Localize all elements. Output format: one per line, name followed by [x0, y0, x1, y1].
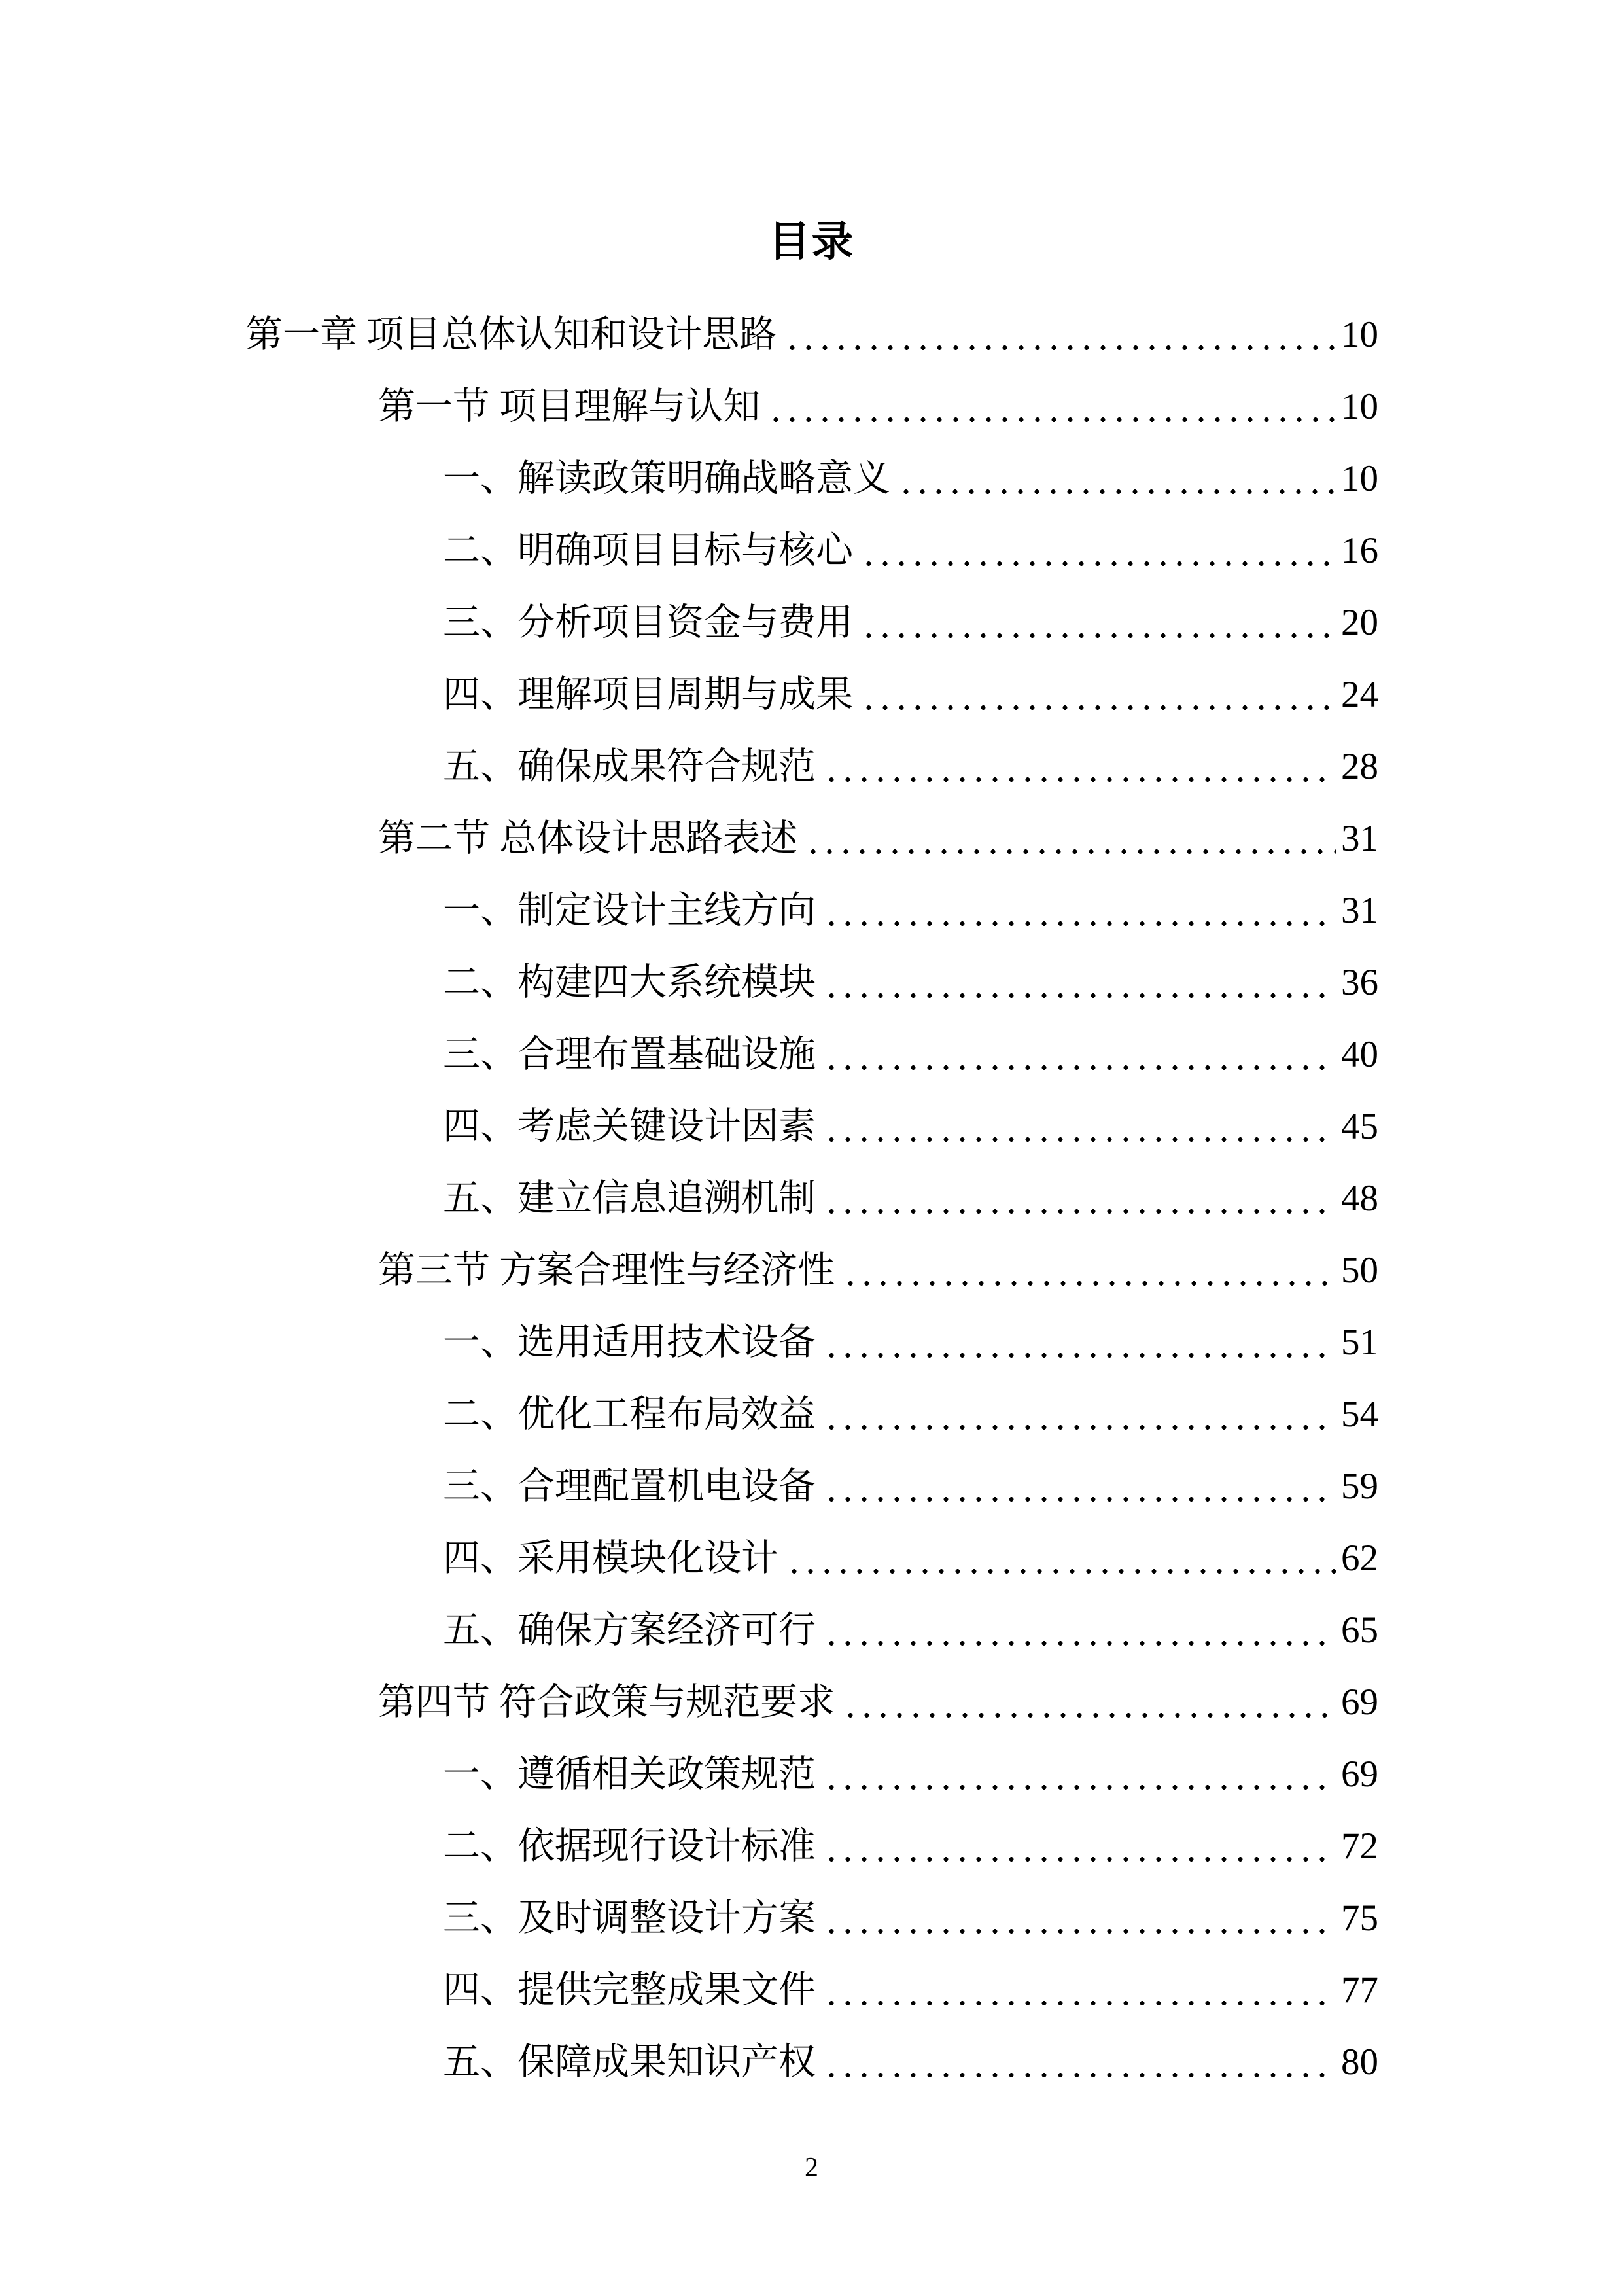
toc-dot-leader — [843, 1667, 1336, 1739]
toc-dot-leader — [861, 587, 1336, 659]
toc-entry-label: 三、分析项目资金与费用 — [443, 587, 853, 659]
toc-page-number: 40 — [1341, 1019, 1378, 1091]
toc-page-number: 10 — [1341, 299, 1378, 371]
toc-dot-leader — [824, 1451, 1336, 1523]
toc-entry-label: 五、确保方案经济可行 — [443, 1595, 816, 1667]
toc-page-number: 72 — [1341, 1810, 1378, 1882]
toc-dot-leader — [786, 1523, 1336, 1595]
toc-dot-leader — [824, 1595, 1336, 1667]
toc-page-number: 10 — [1341, 371, 1378, 443]
toc-entry-label: 第四节 符合政策与规范要求 — [378, 1667, 835, 1739]
toc-row: 五、保障成果知识产权80 — [245, 2026, 1378, 2098]
toc-row: 三、及时调整设计方案75 — [245, 1882, 1378, 1954]
toc-entry-label: 一、制定设计主线方向 — [443, 875, 816, 947]
toc-dot-leader — [824, 731, 1336, 803]
toc-dot-leader — [898, 443, 1336, 515]
toc-entry-label: 一、解读政策明确战略意义 — [443, 443, 890, 515]
toc-page-number: 69 — [1341, 1739, 1378, 1810]
toc-page-number: 48 — [1341, 1163, 1378, 1235]
toc-page-number: 65 — [1341, 1595, 1378, 1667]
toc-row: 一、制定设计主线方向31 — [245, 875, 1378, 947]
toc-entry-label: 三、及时调整设计方案 — [443, 1882, 816, 1954]
toc-entry-label: 四、理解项目周期与成果 — [443, 659, 853, 731]
toc-page-number: 80 — [1341, 2026, 1378, 2098]
toc-page-number: 54 — [1341, 1379, 1378, 1451]
toc-row: 三、分析项目资金与费用20 — [245, 587, 1378, 659]
toc-row: 第三节 方案合理性与经济性50 — [245, 1235, 1378, 1307]
toc-row: 二、构建四大系统模块36 — [245, 947, 1378, 1019]
toc-entry-label: 一、选用适用技术设备 — [443, 1307, 816, 1379]
toc-page-number: 77 — [1341, 1954, 1378, 2026]
toc-row: 第四节 符合政策与规范要求69 — [245, 1667, 1378, 1739]
toc-page-number: 59 — [1341, 1451, 1378, 1523]
toc-page-number: 20 — [1341, 587, 1378, 659]
toc-page-number: 50 — [1341, 1235, 1378, 1307]
toc-entry-label: 第一节 项目理解与认知 — [378, 371, 760, 443]
toc-page-number: 24 — [1341, 659, 1378, 731]
toc-page-number: 31 — [1341, 875, 1378, 947]
toc-row: 三、合理配置机电设备59 — [245, 1451, 1378, 1523]
toc-page-number: 36 — [1341, 947, 1378, 1019]
toc-dot-leader — [824, 875, 1336, 947]
toc-dot-leader — [824, 1882, 1336, 1954]
toc-page-number: 75 — [1341, 1882, 1378, 1954]
toc-row: 四、理解项目周期与成果24 — [245, 659, 1378, 731]
toc-entry-label: 二、优化工程布局效益 — [443, 1379, 816, 1451]
toc-entry-label: 三、合理配置机电设备 — [443, 1451, 816, 1523]
toc-row: 四、采用模块化设计62 — [245, 1523, 1378, 1595]
toc-row: 二、优化工程布局效益54 — [245, 1379, 1378, 1451]
toc-page-number: 62 — [1341, 1523, 1378, 1595]
toc-row: 第二节 总体设计思路表述31 — [245, 803, 1378, 875]
toc-dot-leader — [861, 659, 1336, 731]
toc-page-number: 10 — [1341, 443, 1378, 515]
toc-dot-leader — [824, 1019, 1336, 1091]
toc-row: 第一章 项目总体认知和设计思路10 — [245, 299, 1378, 371]
toc-page-number: 69 — [1341, 1667, 1378, 1739]
toc-entry-label: 第二节 总体设计思路表述 — [378, 803, 797, 875]
toc-dot-leader — [824, 1091, 1336, 1163]
toc-row: 四、考虑关键设计因素45 — [245, 1091, 1378, 1163]
page-title: 目录 — [0, 217, 1623, 267]
toc-dot-leader — [824, 1379, 1336, 1451]
toc-dot-leader — [805, 803, 1336, 875]
toc-entry-label: 五、保障成果知识产权 — [443, 2026, 816, 2098]
toc-entry-label: 四、采用模块化设计 — [443, 1523, 778, 1595]
toc-row: 二、依据现行设计标准72 — [245, 1810, 1378, 1882]
toc-entry-label: 四、考虑关键设计因素 — [443, 1091, 816, 1163]
toc-entry-label: 二、依据现行设计标准 — [443, 1810, 816, 1882]
toc-row: 五、确保成果符合规范28 — [245, 731, 1378, 803]
toc-entry-label: 四、提供完整成果文件 — [443, 1954, 816, 2026]
toc-dot-leader — [824, 1954, 1336, 2026]
toc-row: 一、解读政策明确战略意义10 — [245, 443, 1378, 515]
toc-row: 四、提供完整成果文件77 — [245, 1954, 1378, 2026]
toc-dot-leader — [861, 515, 1336, 587]
toc-row: 五、确保方案经济可行65 — [245, 1595, 1378, 1667]
toc-entry-label: 五、建立信息追溯机制 — [443, 1163, 816, 1235]
toc-dot-leader — [768, 371, 1336, 443]
toc-row: 一、选用适用技术设备51 — [245, 1307, 1378, 1379]
toc-dot-leader — [824, 1307, 1336, 1379]
toc-row: 第一节 项目理解与认知10 — [245, 371, 1378, 443]
toc-page-number: 31 — [1341, 803, 1378, 875]
toc-dot-leader — [824, 947, 1336, 1019]
toc-page-number: 16 — [1341, 515, 1378, 587]
document-page: { "page": { "title": "目录", "footer_page_… — [0, 0, 1623, 2296]
toc-entry-label: 三、合理布置基础设施 — [443, 1019, 816, 1091]
toc-entry-label: 第三节 方案合理性与经济性 — [378, 1235, 835, 1307]
toc-list: 第一章 项目总体认知和设计思路10第一节 项目理解与认知10一、解读政策明确战略… — [245, 299, 1378, 2098]
toc-row: 一、遵循相关政策规范69 — [245, 1739, 1378, 1810]
toc-dot-leader — [784, 299, 1336, 371]
toc-entry-label: 一、遵循相关政策规范 — [443, 1739, 816, 1810]
toc-row: 三、合理布置基础设施40 — [245, 1019, 1378, 1091]
toc-page-number: 45 — [1341, 1091, 1378, 1163]
toc-dot-leader — [843, 1235, 1336, 1307]
toc-dot-leader — [824, 1163, 1336, 1235]
footer-page-number: 2 — [0, 2151, 1623, 2184]
toc-page-number: 28 — [1341, 731, 1378, 803]
toc-dot-leader — [824, 1739, 1336, 1810]
toc-entry-label: 二、明确项目目标与核心 — [443, 515, 853, 587]
toc-entry-label: 二、构建四大系统模块 — [443, 947, 816, 1019]
toc-row: 五、建立信息追溯机制48 — [245, 1163, 1378, 1235]
toc-entry-label: 第一章 项目总体认知和设计思路 — [245, 299, 777, 371]
toc-page-number: 51 — [1341, 1307, 1378, 1379]
toc-dot-leader — [824, 2026, 1336, 2098]
toc-entry-label: 五、确保成果符合规范 — [443, 731, 816, 803]
toc-dot-leader — [824, 1810, 1336, 1882]
toc-row: 二、明确项目目标与核心16 — [245, 515, 1378, 587]
